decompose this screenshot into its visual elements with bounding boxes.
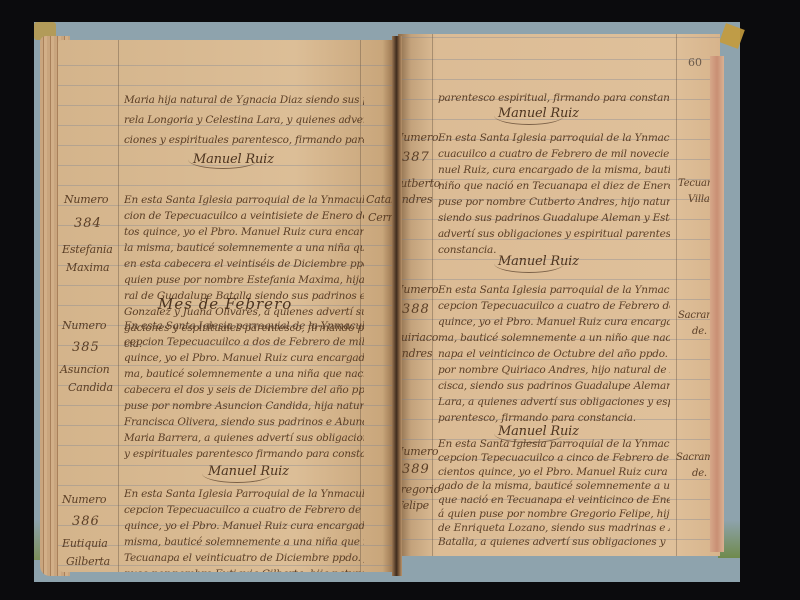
signature-flourish — [202, 464, 272, 483]
entry-name: Felipe — [398, 496, 429, 516]
text-line: puse por nombre Eutiquia Gilberta, hija … — [124, 564, 364, 572]
entry-label: Numero — [62, 316, 106, 336]
entry-number: 389 — [402, 460, 430, 480]
entry-name: Candida — [68, 378, 113, 398]
text-line: Batalla, a quienes advertí sus obligacio… — [438, 532, 670, 552]
signature-flourish — [494, 106, 564, 125]
entry-number: 386 — [72, 512, 100, 532]
entry-number: 385 — [72, 338, 100, 358]
entry-name: Estefania — [62, 240, 113, 260]
text-line: y espirituales parentesco firmando para … — [124, 444, 364, 464]
right-page: 60 parentesco espiritual, firmando para … — [398, 34, 720, 556]
text-line: Maria hija natural de Ygnacia Diaz siend… — [124, 90, 364, 110]
entry-number: 387 — [402, 148, 430, 168]
entry-name: Eutiquia — [62, 534, 108, 554]
month-heading: Mes de Febrero — [158, 294, 292, 314]
signature-flourish — [494, 254, 564, 273]
entry-label: Numero — [62, 490, 106, 510]
entry-name: Asuncion — [60, 360, 110, 380]
entry-name: Andres — [398, 344, 432, 364]
margin-note: de. — [692, 464, 707, 484]
margin-note: de. — [692, 322, 707, 342]
page-edge — [710, 56, 724, 552]
text-line: ciones y espirituales parentesco, firman… — [124, 130, 364, 150]
entry-name: Maxima — [66, 258, 109, 278]
entry-number: 384 — [74, 214, 102, 234]
entry-label: Numero — [398, 128, 438, 148]
entry-number: 388 — [402, 300, 430, 320]
page-number: 60 — [688, 56, 702, 69]
entry-name: Gilberta — [66, 552, 110, 572]
book-gutter — [392, 36, 402, 576]
margin-rule — [676, 34, 677, 556]
entry-label: Numero — [398, 280, 438, 300]
entry-label: Numero — [398, 442, 438, 462]
text-line: rela Longoria y Celestina Lara, y quiene… — [124, 110, 364, 130]
left-page: Maria hija natural de Ygnacia Diaz siend… — [58, 40, 396, 572]
entry-label: Numero — [64, 190, 108, 210]
entry-name: Andres — [398, 190, 432, 210]
signature-flourish — [188, 150, 258, 169]
margin-rule — [118, 40, 119, 572]
